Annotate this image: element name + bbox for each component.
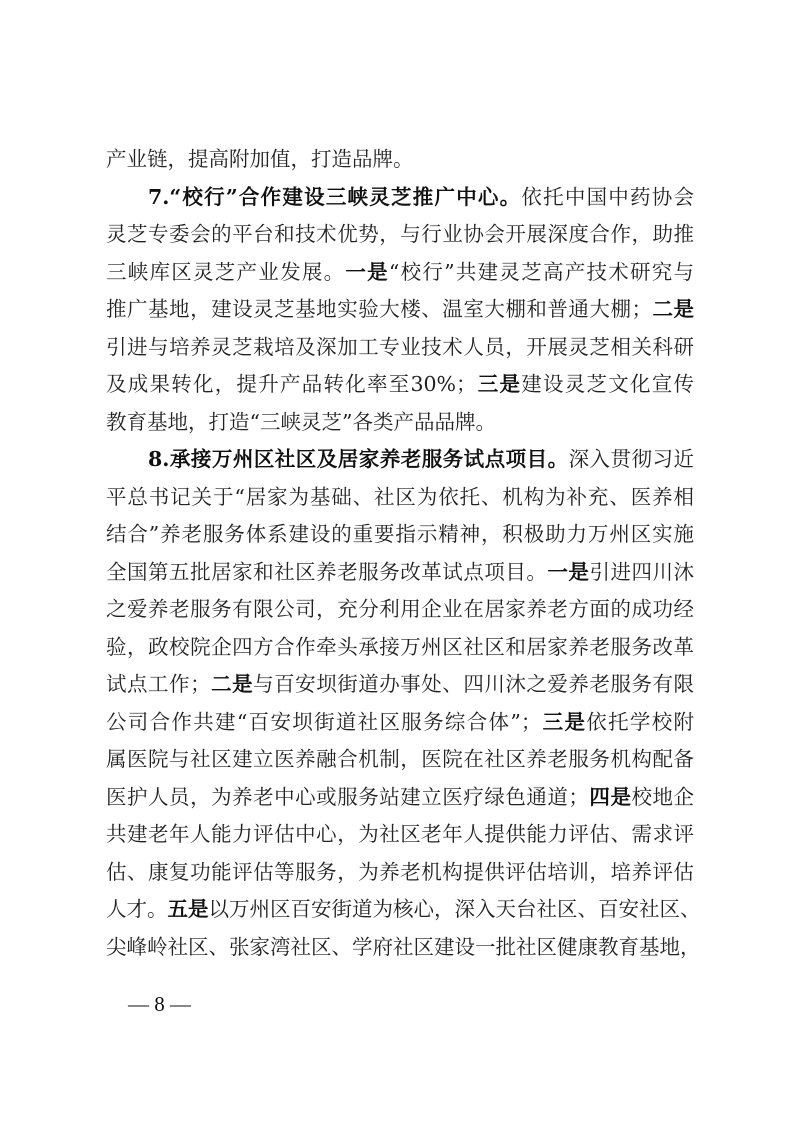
text-line: 7.“校行”合作建设三峡灵芝推广中心。依托中国中药协会 — [106, 179, 694, 217]
text-line: 公司合作共建“百安坝街道社区服务综合体”；三是依托学校附 — [106, 704, 694, 742]
text-line: 三峡库区灵芝产业发展。一是“校行”共建灵芝高产技术研究与 — [106, 254, 694, 292]
body-text: 公司合作共建“百安坝街道社区服务综合体”； — [106, 710, 541, 734]
body-text: 估、康复功能评估等服务，为养老机构提供评估培训，培养评估 — [106, 860, 694, 884]
body-text: 深入贯彻习近 — [569, 447, 694, 471]
text-line: 教育基地，打造“三峡灵芝”各类产品品牌。 — [106, 404, 694, 442]
body-text: 验，政校院企四方合作牵头承接万州区社区和居家养老服务改革 — [106, 635, 694, 659]
body-text: 平总书记关于“居家为基础、社区为依托、机构为补充、医养相 — [106, 485, 694, 509]
bold-text: 一是 — [547, 560, 589, 584]
text-line: 全国第五批居家和社区养老服务改革试点项目。一是引进四川沐 — [106, 554, 694, 592]
body-text: 建设灵芝文化宣传 — [521, 372, 694, 396]
body-text: 以万州区百安街道为核心，深入天台社区、百安社区、 — [209, 897, 701, 921]
page-number: — 8 — — [128, 992, 191, 1017]
text-line: 之爱养老服务有限公司，充分利用企业在居家养老方面的成功经 — [106, 591, 694, 629]
body-text: 结合”养老服务体系建设的重要指示精神，积极助力万州区实施 — [106, 522, 694, 546]
body-text: 人才。 — [106, 897, 168, 921]
body-text: 之爱养老服务有限公司，充分利用企业在居家养老方面的成功经 — [106, 597, 694, 621]
text-line: 8.承接万州区社区及居家养老服务试点项目。深入贯彻习近 — [106, 441, 694, 479]
bold-text: 8.承接万州区社区及居家养老服务试点项目。 — [148, 447, 569, 471]
text-line: 引进与培养灵芝栽培及深加工专业技术人员，开展灵芝相关科研 — [106, 329, 694, 367]
bold-text: 三是 — [477, 372, 522, 396]
bold-text: 二是 — [652, 297, 694, 321]
text-line: 推广基地，建设灵芝基地实验大楼、温室大棚和普通大棚；二是 — [106, 291, 694, 329]
body-text: 共建老年人能力评估中心，为社区老年人提供能力评估、需求评 — [106, 822, 694, 846]
text-line: 结合”养老服务体系建设的重要指示精神，积极助力万州区实施 — [106, 516, 694, 554]
body-text: 医护人员，为养老中心或服务站建立医疗绿色通道； — [106, 785, 589, 809]
text-line: 试点工作；二是与百安坝街道办事处、四川沐之爱养老服务有限 — [106, 666, 694, 704]
text-line: 属医院与社区建立医养融合机制，医院在社区养老服务机构配备 — [106, 741, 694, 779]
body-text: 产业链，提高附加值，打造品牌。 — [106, 147, 414, 171]
body-text: 试点工作； — [106, 672, 211, 696]
bold-text: 三是 — [541, 710, 586, 734]
body-text: 依托学校附 — [586, 710, 694, 734]
bold-text: 7.“校行”合作建设三峡灵芝推广中心。 — [148, 185, 521, 209]
text-line: 人才。五是以万州区百安街道为核心，深入天台社区、百安社区、 — [106, 891, 694, 929]
text-line: 产业链，提高附加值，打造品牌。 — [106, 141, 694, 179]
body-text: 及成果转化，提升产品转化率至30%； — [106, 372, 477, 396]
text-line: 共建老年人能力评估中心，为社区老年人提供能力评估、需求评 — [106, 816, 694, 854]
body-text: 三峡库区灵芝产业发展。 — [106, 260, 345, 284]
text-line: 估、康复功能评估等服务，为养老机构提供评估培训，培养评估 — [106, 854, 694, 892]
body-text: 灵芝专委会的平台和技术优势，与行业协会开展深度合作，助推 — [106, 222, 694, 246]
text-line: 及成果转化，提升产品转化率至30%；三是建设灵芝文化宣传 — [106, 366, 694, 404]
body-text: 属医院与社区建立医养融合机制，医院在社区养老服务机构配备 — [106, 747, 694, 771]
text-line: 医护人员，为养老中心或服务站建立医疗绿色通道；四是校地企 — [106, 779, 694, 817]
body-text: 全国第五批居家和社区养老服务改革试点项目。 — [106, 560, 547, 584]
text-line: 尖峰岭社区、张家湾社区、学府社区建设一批社区健康教育基地， — [106, 929, 694, 967]
bold-text: 五是 — [168, 897, 209, 921]
body-text: 尖峰岭社区、张家湾社区、学府社区建设一批社区健康教育基地， — [106, 935, 701, 959]
body-text: 引进与培养灵芝栽培及深加工专业技术人员，开展灵芝相关科研 — [106, 335, 694, 359]
bold-text: 一是 — [345, 260, 389, 284]
text-line: 平总书记关于“居家为基础、社区为依托、机构为补充、医养相 — [106, 479, 694, 517]
text-line: 灵芝专委会的平台和技术优势，与行业协会开展深度合作，助推 — [106, 216, 694, 254]
text-line: 验，政校院企四方合作牵头承接万州区社区和居家养老服务改革 — [106, 629, 694, 667]
body-text: 校地企 — [631, 785, 694, 809]
document-body: 产业链，提高附加值，打造品牌。7.“校行”合作建设三峡灵芝推广中心。依托中国中药… — [106, 141, 694, 966]
body-text: 依托中国中药协会 — [521, 185, 694, 209]
bold-text: 二是 — [211, 672, 254, 696]
body-text: 引进四川沐 — [589, 560, 694, 584]
body-text: 推广基地，建设灵芝基地实验大楼、温室大棚和普通大棚； — [106, 297, 652, 321]
body-text: “校行”共建灵芝高产技术研究与 — [389, 260, 694, 284]
body-text: 与百安坝街道办事处、四川沐之爱养老服务有限 — [253, 672, 694, 696]
body-text: 教育基地，打造“三峡灵芝”各类产品品牌。 — [106, 410, 496, 434]
bold-text: 四是 — [589, 785, 632, 809]
